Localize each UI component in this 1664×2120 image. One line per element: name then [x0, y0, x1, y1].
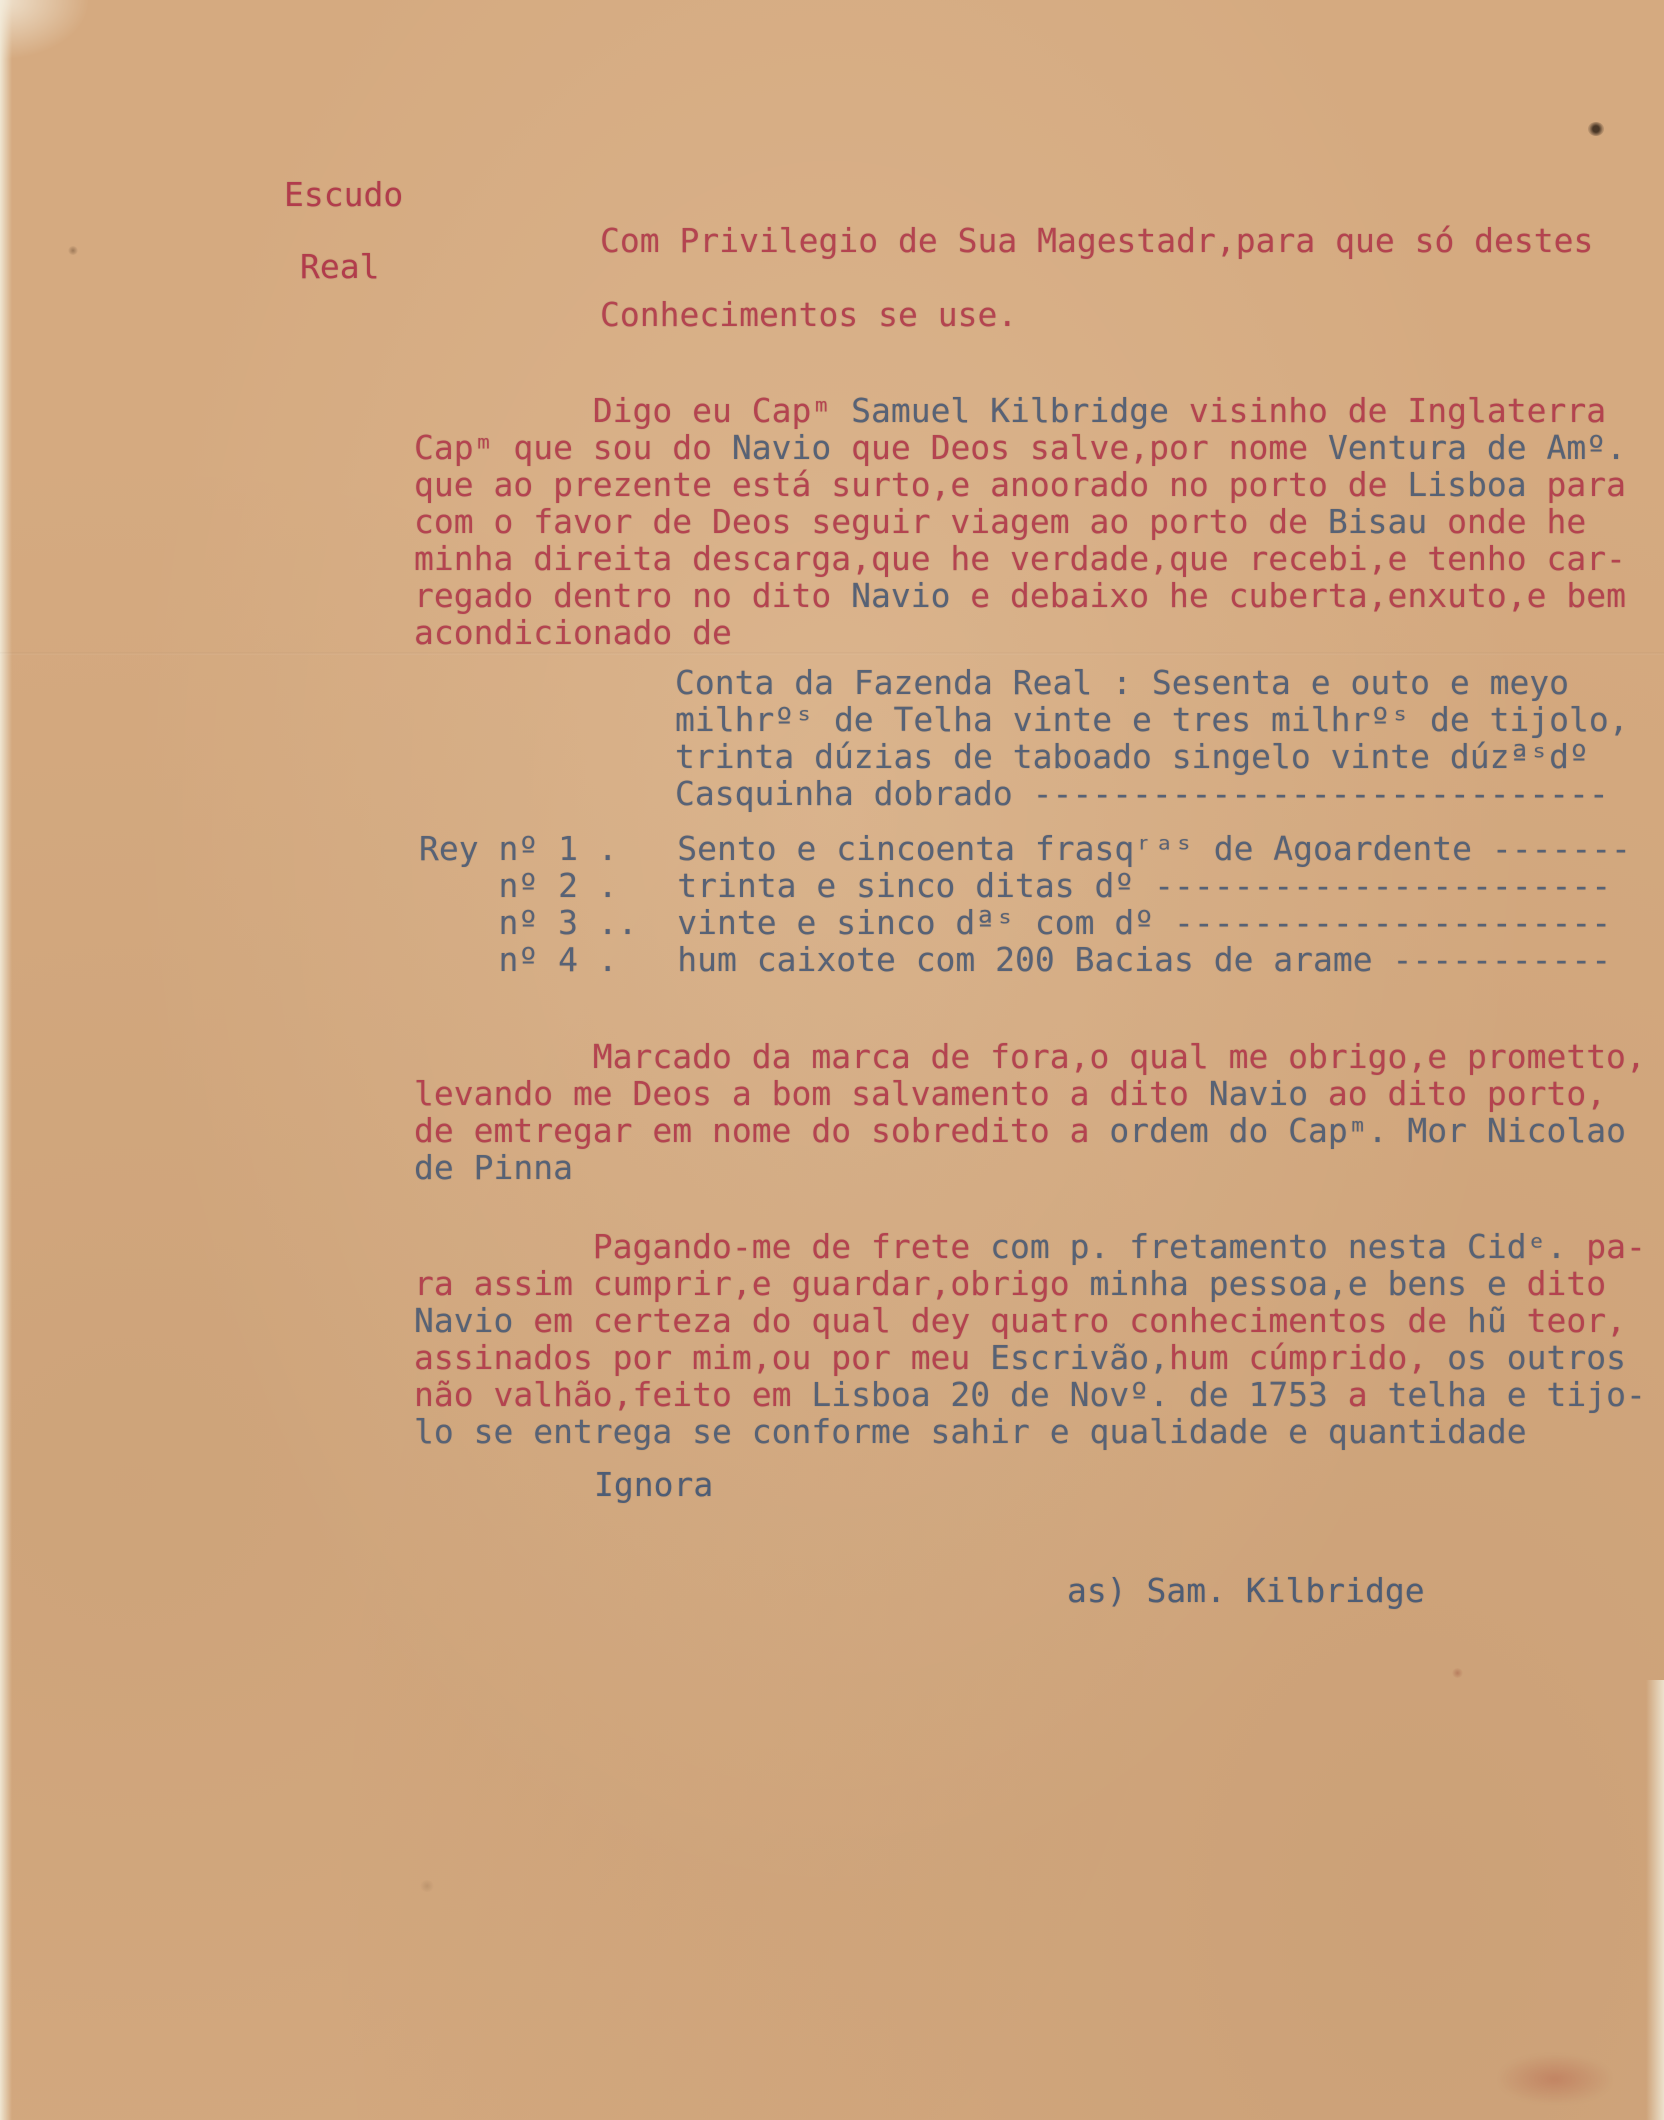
text-segment: Navio	[851, 576, 950, 615]
text-segment: Capᵐ que sou do	[414, 428, 732, 467]
text-line: com o favor de Deos seguir viagem ao por…	[414, 503, 1626, 540]
text-segment: de emtregar em nome do sobredito a	[414, 1111, 1109, 1150]
text-segment: em certeza do qual dey quatro conhecimen…	[513, 1301, 1467, 1340]
text-segment: regado dentro no dito	[414, 576, 851, 615]
cargo-items-list: Rey nº 1 . Sento e cincoenta frasqʳᵃˢ de…	[419, 830, 1631, 978]
text-segment: Bisau	[1328, 502, 1427, 541]
text-segment: Navio	[732, 428, 831, 467]
text-segment: de Pinna	[414, 1148, 573, 1187]
royal-treasury-account-block: Conta da Fazenda Real : Sesenta e outo e…	[675, 664, 1629, 812]
text-line: Pagando-me de frete com p. fretamento ne…	[414, 1228, 1646, 1265]
ignora-note: Ignora	[594, 1466, 713, 1503]
text-segment: Marcado da marca de fora,o qual me obrig…	[414, 1037, 1646, 1076]
text-segment: não valhão,feito em	[414, 1375, 811, 1414]
text-segment: dito	[1527, 1264, 1606, 1303]
freight-terms-paragraph: Pagando-me de frete com p. fretamento ne…	[414, 1228, 1646, 1450]
text-line: nº 2 . trinta e sinco ditas dº ---------…	[419, 867, 1631, 904]
text-line: lo se entrega se conforme sahir e qualid…	[414, 1413, 1646, 1450]
text-segment: minha direita descarga,que he verdade,qu…	[414, 539, 1626, 578]
text-line: Conta da Fazenda Real : Sesenta e outo e…	[675, 664, 1629, 701]
text-segment: e debaixo he cuberta,enxuto,e bem	[950, 576, 1626, 615]
escudo-label: Escudo	[284, 176, 403, 213]
text-segment: nº 2 . trinta e sinco ditas dº ---------…	[419, 866, 1611, 905]
text-segment: telha e tijo-	[1388, 1375, 1646, 1414]
text-line: Capᵐ que sou do Navio que Deos salve,por…	[414, 429, 1626, 466]
paper-corner-highlight	[0, 0, 90, 60]
text-segment: ordem do Capᵐ. Mor Nicolao	[1109, 1111, 1626, 1150]
text-segment: ao dito porto,	[1308, 1074, 1606, 1113]
text-line: levando me Deos a bom salvamento a dito …	[414, 1075, 1646, 1112]
small-stain	[420, 1880, 434, 1892]
text-segment: teor,	[1507, 1301, 1626, 1340]
text-line: acondicionado de	[414, 614, 1626, 651]
text-line: milhrºˢ de Telha vinte e tres milhrºˢ de…	[675, 701, 1629, 738]
text-segment: milhrºˢ de Telha vinte e tres milhrºˢ de…	[675, 700, 1629, 739]
text-segment: hum cúmprido,	[1169, 1338, 1427, 1377]
text-segment: Samuel Kilbridge	[851, 391, 1169, 430]
text-segment: com p. fretamento nesta Cidᵉ.	[990, 1227, 1566, 1266]
text-segment: levando me Deos a bom salvamento a dito	[414, 1074, 1209, 1113]
red-smudge-stain	[1500, 2055, 1610, 2103]
text-segment: visinho de Inglaterra	[1169, 391, 1606, 430]
text-line: nº 4 . hum caixote com 200 Bacias de ara…	[419, 941, 1631, 978]
text-line: Conhecimentos se use.	[600, 296, 1593, 333]
text-line: Rey nº 1 . Sento e cincoenta frasqʳᵃˢ de…	[419, 830, 1631, 867]
text-segment: Com Privilegio de Sua Magestadr,para que…	[600, 221, 1593, 260]
text-segment: que Deos salve,por nome	[831, 428, 1328, 467]
text-line: Com Privilegio de Sua Magestadr,para que…	[600, 222, 1593, 259]
royal-privilege-heading: Com Privilegio de Sua Magestadr,para que…	[600, 222, 1593, 333]
paper-left-edge	[0, 0, 12, 2120]
text-line: Casquinha dobrado ----------------------…	[675, 775, 1629, 812]
text-segment: Navio	[1209, 1074, 1308, 1113]
text-line: nº 3 .. vinte e sinco dªˢ com dº -------…	[419, 904, 1631, 941]
text-segment: que ao prezente está surto,e anoorado no…	[414, 465, 1407, 504]
delivery-obligation-paragraph: Marcado da marca de fora,o qual me obrig…	[414, 1038, 1646, 1186]
text-line: assinados por mim,ou por meu Escrivão,hu…	[414, 1339, 1646, 1376]
text-segment: hũ	[1467, 1301, 1507, 1340]
text-line: trinta dúzias de taboado singelo vinte d…	[675, 738, 1629, 775]
paper-right-edge	[1646, 1680, 1664, 2120]
text-line: não valhão,feito em Lisboa 20 de Novº. d…	[414, 1376, 1646, 1413]
small-stain	[68, 246, 78, 255]
text-segment: lo se entrega se conforme sahir e qualid…	[414, 1412, 1527, 1451]
text-line	[600, 259, 1593, 296]
text-line: que ao prezente está surto,e anoorado no…	[414, 466, 1626, 503]
ink-spot-stain	[1588, 122, 1604, 136]
text-segment: Digo eu Capᵐ	[414, 391, 851, 430]
real-label: Real	[300, 248, 379, 285]
text-segment: Pagando-me de frete	[414, 1227, 990, 1266]
text-line: Navio em certeza do qual dey quatro conh…	[414, 1302, 1646, 1339]
text-segment: minha pessoa,e bens e	[1090, 1264, 1527, 1303]
text-line: ra assim cumprir,e guardar,obrigo minha …	[414, 1265, 1646, 1302]
text-line: Marcado da marca de fora,o qual me obrig…	[414, 1038, 1646, 1075]
paper-fold-crease	[0, 652, 1664, 655]
text-segment: nº 3 .. vinte e sinco dªˢ com dº -------…	[419, 903, 1611, 942]
text-segment: Lisboa	[1407, 465, 1526, 504]
small-stain	[1452, 1668, 1463, 1678]
text-segment: onde he	[1427, 502, 1586, 541]
text-line: Digo eu Capᵐ Samuel Kilbridge visinho de…	[414, 392, 1626, 429]
text-segment: acondicionado de	[414, 613, 732, 652]
text-segment: Rey nº 1 . Sento e cincoenta frasqʳᵃˢ de…	[419, 829, 1631, 868]
signature-line: as) Sam. Kilbridge	[1067, 1572, 1425, 1609]
text-segment: para	[1527, 465, 1626, 504]
text-line: de emtregar em nome do sobredito a ordem…	[414, 1112, 1646, 1149]
captain-declaration-paragraph: Digo eu Capᵐ Samuel Kilbridge visinho de…	[414, 392, 1626, 651]
text-segment: os outros	[1427, 1338, 1626, 1377]
text-segment: Navio	[414, 1301, 513, 1340]
text-segment: Ventura de Amº.	[1328, 428, 1626, 467]
text-segment: nº 4 . hum caixote com 200 Bacias de ara…	[419, 940, 1611, 979]
text-segment: pa-	[1566, 1227, 1645, 1266]
text-line: regado dentro no dito Navio e debaixo he…	[414, 577, 1626, 614]
text-segment: ra assim cumprir,e guardar,obrigo	[414, 1264, 1090, 1303]
text-segment: Conhecimentos se use.	[600, 295, 1017, 334]
text-segment: com o favor de Deos seguir viagem ao por…	[414, 502, 1328, 541]
text-line: minha direita descarga,que he verdade,qu…	[414, 540, 1626, 577]
text-line: de Pinna	[414, 1149, 1646, 1186]
text-segment: Casquinha dobrado ----------------------…	[675, 774, 1609, 813]
text-segment: Escrivão,	[990, 1338, 1169, 1377]
text-segment: assinados por mim,ou por meu	[414, 1338, 990, 1377]
text-segment: trinta dúzias de taboado singelo vinte d…	[675, 737, 1589, 776]
text-segment: Conta da Fazenda Real : Sesenta e outo e…	[675, 663, 1569, 702]
text-segment: a	[1348, 1375, 1388, 1414]
document-page: Escudo Real Com Privilegio de Sua Magest…	[0, 0, 1664, 2120]
text-segment: Lisboa 20 de Novº. de 1753	[811, 1375, 1347, 1414]
